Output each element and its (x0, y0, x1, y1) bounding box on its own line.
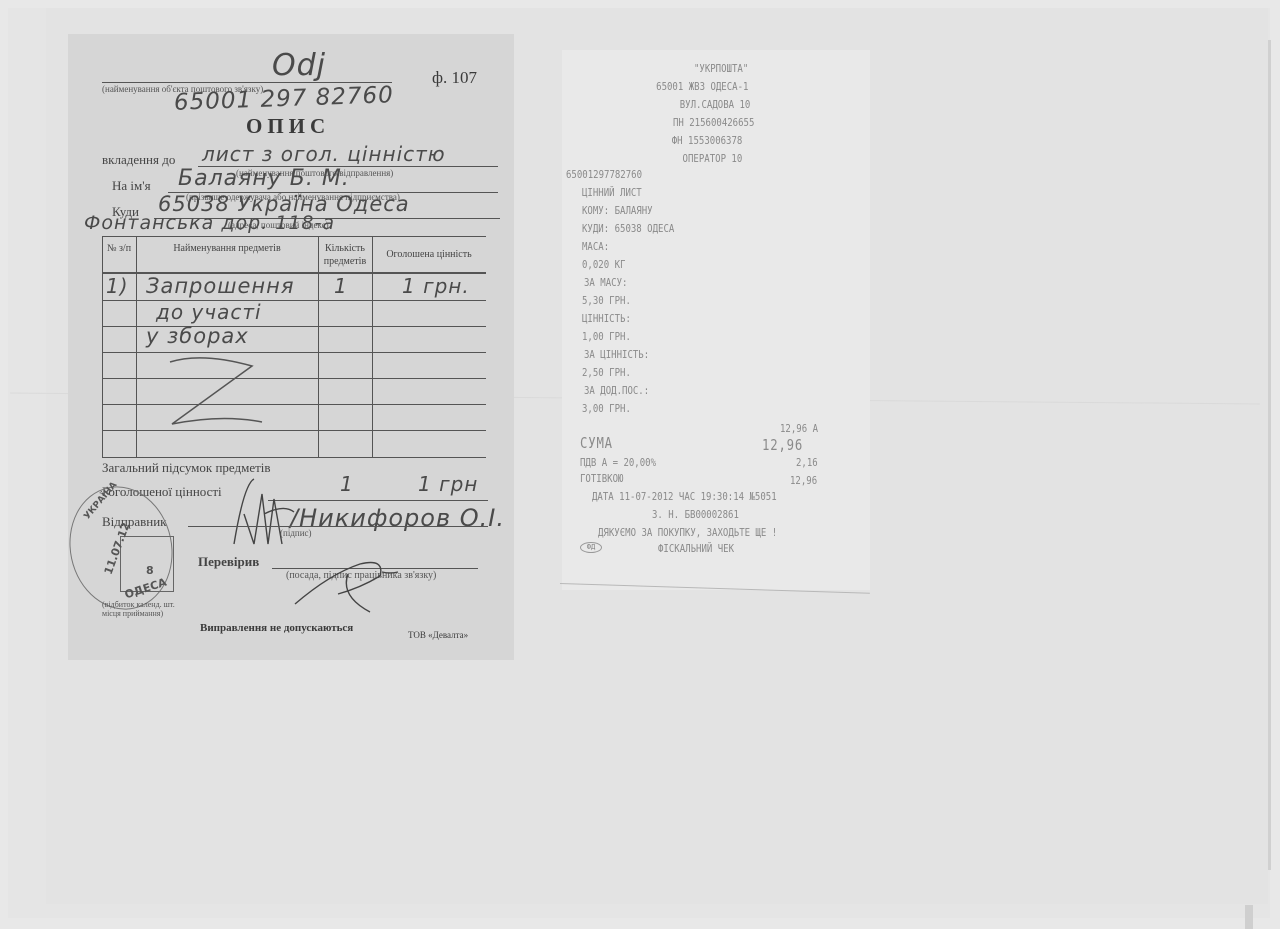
receipt-where: КУДИ: 65038 ОДЕСА (582, 222, 674, 235)
row-value: 1 грн. (402, 274, 470, 298)
receipt-for-value-label: ЗА ЦІННІСТЬ: (584, 348, 649, 361)
receipt-cash-value: 12,96 (790, 474, 817, 487)
inventory-form-107: Оdj (найменування об'єкта поштового зв'я… (68, 34, 514, 660)
stamp-number: 8 (146, 564, 154, 577)
receipt-vat-label: ПДВ А = 20,00% (580, 456, 656, 469)
header-num: № з/п (102, 242, 136, 255)
receipt-extra-label: ЗА ДОД.ПОС.: (584, 384, 649, 397)
table-border (102, 352, 486, 353)
checker-signature-icon (290, 554, 410, 618)
receipt-for-value-value: 2,50 ГРН. (582, 366, 631, 379)
receipt-datetime: ДАТА 11-07-2012 ЧАС 19:30:14 №5051 (592, 490, 777, 503)
receipt-operator: ОПЕРАТОР 10 (683, 152, 743, 165)
receipt-extra-value: 3,00 ГРН. (582, 402, 631, 415)
table-border (318, 236, 319, 458)
table-border (372, 236, 373, 458)
items-table: № з/п Найменування предметів Кількість п… (102, 236, 486, 458)
receipt-thanks: ДЯКУЄМО ЗА ПОКУПКУ, ЗАХОДЬТЕ ЩЕ ! (598, 526, 777, 539)
receipt-for-mass-value: 5,30 ГРН. (582, 294, 631, 307)
publisher: ТОВ «Девалта» (408, 630, 468, 640)
row-name: до участі (156, 300, 262, 324)
recipient-value: Балаяну Б. М. (178, 166, 350, 191)
receipt-tax-id: ПН 215600426655 (673, 116, 754, 129)
table-border (102, 378, 486, 379)
receipt-cash-label: ГОТІВКОЮ (580, 472, 623, 485)
stamp-caption: (відбиток календ. шт. місця приймання) (102, 600, 192, 618)
form-title: ОПИС (246, 114, 330, 139)
table-border (102, 404, 486, 405)
enclosure-label: вкладення до (102, 152, 175, 168)
row-name: Запрошення (146, 274, 294, 298)
checked-label: Перевірив (198, 554, 259, 570)
receipt-mass-label: МАСА: (582, 240, 609, 253)
receipt-fiscal-num: ФН 1553006378 (672, 134, 743, 147)
table-border (102, 457, 486, 458)
sender-signature: /Никифоров О.І. (290, 504, 505, 532)
table-border (102, 430, 486, 431)
receipt-fiscal-label: ФІСКАЛЬНИЙ ЧЕК (658, 542, 734, 555)
enclosure-value: лист з огол. цінністю (202, 142, 446, 166)
sender-underline (188, 526, 488, 527)
receipt-value-value: 1,00 ГРН. (582, 330, 631, 343)
scan-corner (1245, 905, 1253, 929)
receipt-subtotal: 12,96 А (780, 422, 818, 435)
signature-caption: (підпис) (280, 528, 312, 538)
row-num: 1) (106, 274, 129, 298)
table-border (102, 236, 103, 458)
row-qty: 1 (334, 274, 348, 298)
fiscal-logo-icon: ФД (580, 542, 602, 553)
receipt-street: ВУЛ.САДОВА 10 (680, 98, 751, 111)
receipt-item-type: ЦІННИЙ ЛИСТ (582, 186, 642, 199)
total-items-value: 1 (340, 472, 354, 496)
header-qty: Кількість предметів (318, 242, 372, 268)
address-caption: (адреса, поштовий індекс) (228, 220, 329, 230)
table-border (102, 236, 486, 237)
row-name: у зборах (146, 324, 249, 348)
receipt-sum-value: 12,96 (762, 436, 803, 454)
receipt-sum-label: СУМА (580, 434, 613, 452)
receipt-mass-value: 0,020 КГ (582, 258, 625, 271)
header-value: Оголошена цінність (372, 248, 486, 261)
receipt-office: 65001 ЖВЗ ОДЕСА-1 (656, 80, 748, 93)
no-corrections-note: Виправлення не допускаються (200, 622, 353, 634)
receipt-vat-value: 2,16 (796, 456, 818, 469)
form-number: ф. 107 (432, 68, 477, 88)
receipt-tracking: 65001297782760 (566, 168, 642, 181)
receipt-serial: З. Н. БВ00002861 (652, 508, 739, 521)
table-border (136, 236, 137, 458)
fiscal-receipt: "УКРПОШТА" 65001 ЖВЗ ОДЕСА-1 ВУЛ.САДОВА … (562, 50, 870, 590)
receipt-company: "УКРПОШТА" (694, 62, 748, 75)
office-handwritten: Оdj (272, 48, 326, 83)
receipt-for-mass-label: ЗА МАСУ: (584, 276, 627, 289)
receipt-value-label: ЦІННІСТЬ: (582, 312, 631, 325)
total-value-value: 1 грн (418, 472, 478, 496)
receipt-to: КОМУ: БАЛАЯНУ (582, 204, 653, 217)
z-strike-icon (162, 354, 272, 434)
recipient-label: На ім'я (112, 178, 151, 194)
header-name: Найменування предметів (136, 242, 318, 255)
scan-edge (1268, 40, 1271, 870)
